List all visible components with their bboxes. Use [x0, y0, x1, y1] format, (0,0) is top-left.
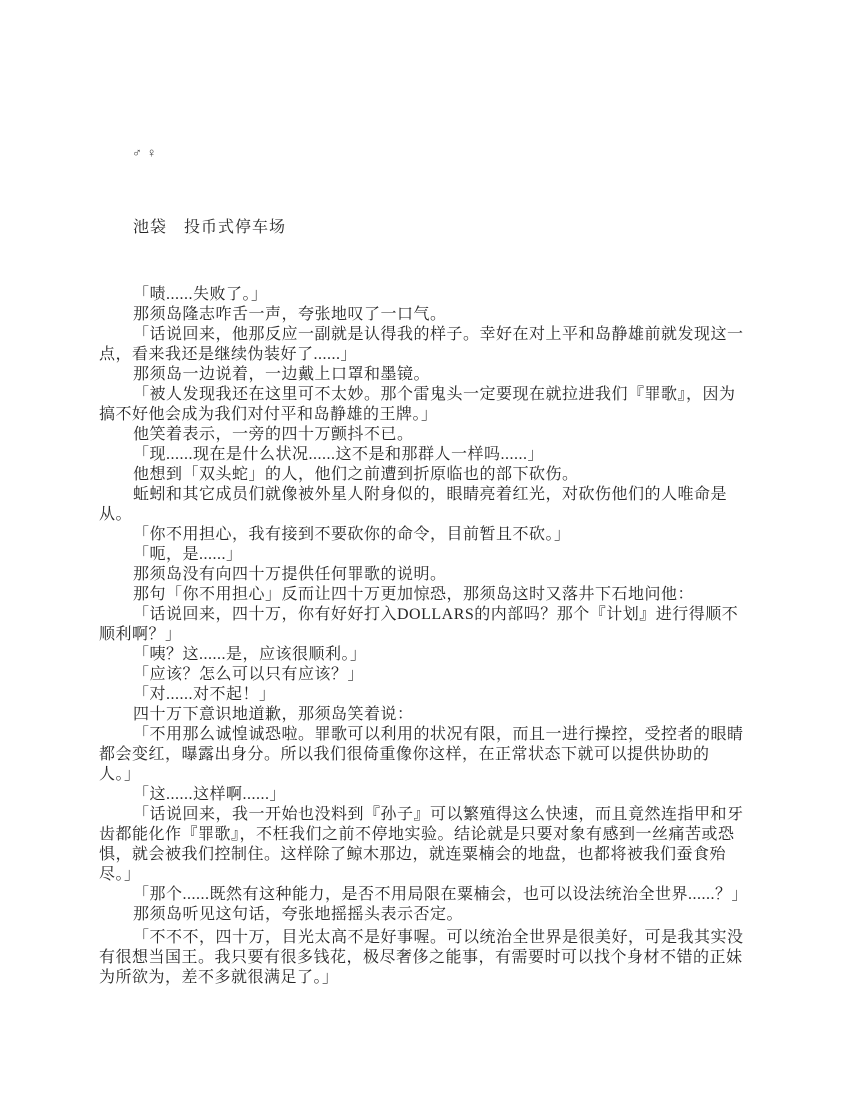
text-line: 「对......对不起！」 — [99, 685, 779, 705]
text-line: 「你不用担心，我有接到不要砍你的命令，目前暂且不砍。」 — [99, 525, 779, 545]
text-line: 那须岛隆志咋舌一声，夸张地叹了一口气。 — [99, 305, 779, 325]
chapter-title: 池袋 投币式停车场 — [133, 214, 286, 237]
text-line: 搞不好他会成为我们对付平和岛静雄的王牌。」 — [99, 405, 779, 425]
text-line: 他想到「双头蛇」的人，他们之前遭到折原临也的部下砍伤。 — [99, 465, 779, 485]
text-line: 「啧......失败了。」 — [99, 285, 779, 305]
text-line: 齿都能化作『罪歌』，不枉我们之前不停地实验。结论就是只要对象有感到一丝痛苦或恐 — [99, 825, 779, 845]
document-page: ♂♀ 池袋 投币式停车场 「啧......失败了。」那须岛隆志咋舌一声，夸张地叹… — [0, 0, 850, 1100]
text-line: 都会变红，曝露出身分。所以我们很倚重像你这样，在正常状态下就可以提供协助的 — [99, 745, 779, 765]
text-line: 「话说回来，四十万，你有好好打入DOLLARS的内部吗？那个『计划』进行得顺不 — [99, 605, 779, 625]
gender-symbols: ♂♀ — [132, 145, 162, 161]
text-line: 「话说回来，我一开始也没料到『孙子』可以繁殖得这么快速，而且竟然连指甲和牙 — [99, 805, 779, 825]
text-line: 「现......现在是什么状况......这不是和那群人一样吗......」 — [99, 445, 779, 465]
text-line: 「被人发现我还在这里可不太妙。那个雷鬼头一定要现在就拉进我们『罪歌』，因为 — [99, 385, 779, 405]
text-line: 点，看来我还是继续伪装好了......」 — [99, 345, 779, 365]
text-line: 那须岛听见这句话，夸张地摇摇头表示否定。 — [99, 905, 779, 925]
text-line: 蚯蚓和其它成员们就像被外星人附身似的，眼睛亮着红光，对砍伤他们的人唯命是 — [99, 485, 779, 505]
text-line: 「那个......既然有这种能力，是否不用局限在粟楠会，也可以设法统治全世界..… — [99, 885, 779, 905]
text-line: 尽。」 — [99, 865, 779, 885]
text-line: 「应该？怎么可以只有应该？」 — [99, 665, 779, 685]
text-line: 「话说回来，他那反应一副就是认得我的样子。幸好在对上平和岛静雄前就发现这一 — [99, 325, 779, 345]
text-line: 「不不不，四十万，目光太高不是好事喔。可以统治全世界是很美好，可是我其实没 — [99, 928, 779, 948]
text-line: 有很想当国王。我只要有很多钱花，极尽奢侈之能事，有需要时可以找个身材不错的正妹 — [99, 948, 779, 968]
text-line: 惧，就会被我们控制住。这样除了鲸木那边，就连粟楠会的地盘，也都将被我们蚕食殆 — [99, 845, 779, 865]
text-line: 那句「你不用担心」反而让四十万更加惊恐，那须岛这时又落井下石地问他： — [99, 585, 779, 605]
text-line: 那须岛一边说着，一边戴上口罩和墨镜。 — [99, 365, 779, 385]
text-line: 那须岛没有向四十万提供任何罪歌的说明。 — [99, 565, 779, 585]
text-line: 四十万下意识地道歉，那须岛笑着说： — [99, 705, 779, 725]
text-line: 「这......这样啊......」 — [99, 785, 779, 805]
text-line: 从。 — [99, 505, 779, 525]
text-line: 「不用那么诚惶诚恐啦。罪歌可以利用的状况有限，而且一进行操控，受控者的眼睛 — [99, 725, 779, 745]
text-line: 「咦？这......是，应该很顺利。」 — [99, 645, 779, 665]
text-line: 「呃，是......」 — [99, 545, 779, 565]
body-text: 「啧......失败了。」那须岛隆志咋舌一声，夸张地叹了一口气。「话说回来，他那… — [99, 285, 779, 988]
text-line: 为所欲为，差不多就很满足了。」 — [99, 968, 779, 988]
text-line: 他笑着表示，一旁的四十万颤抖不已。 — [99, 425, 779, 445]
text-line: 人。」 — [99, 765, 779, 785]
text-line: 顺利啊？」 — [99, 625, 779, 645]
